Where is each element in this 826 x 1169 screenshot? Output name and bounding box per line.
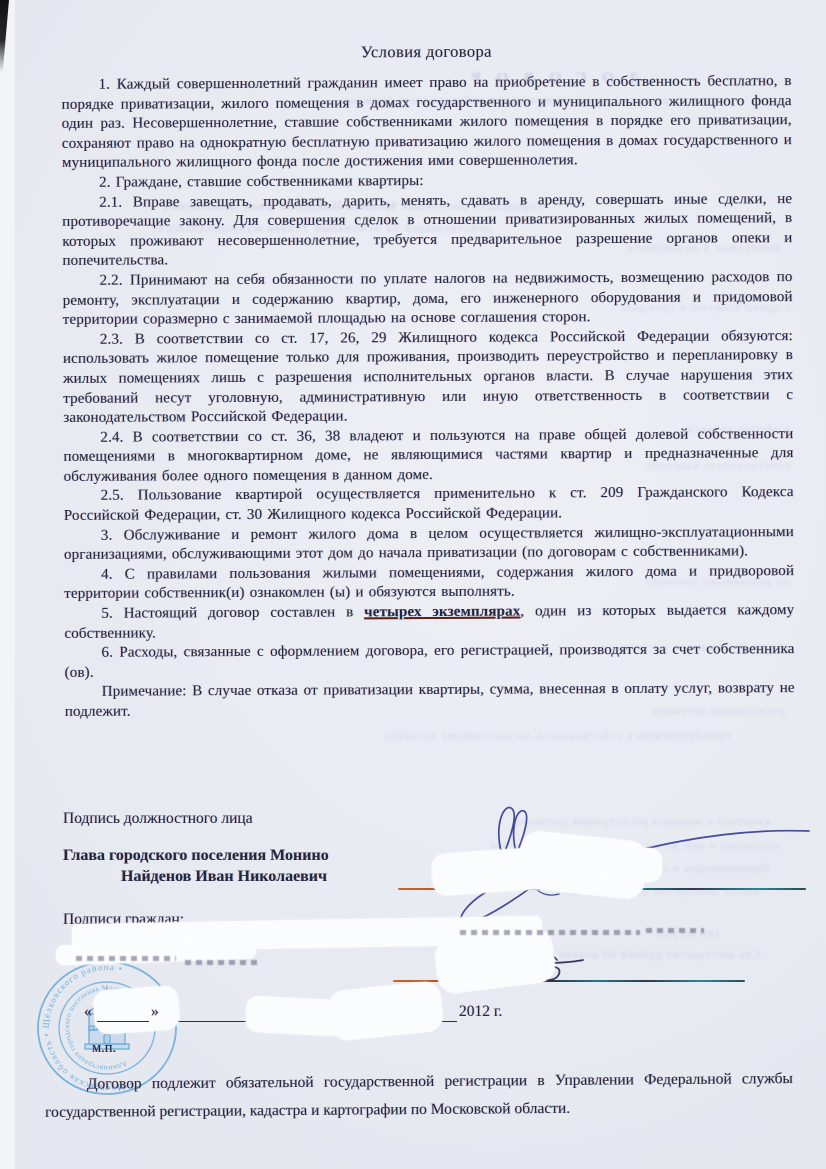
official-name-line: Найденов Иван Николаевич	[121, 868, 327, 886]
contract-paragraph: 2.2. Принимают на себя обязанности по уп…	[63, 268, 793, 331]
contract-paragraph: 6. Расходы, связанные с оформлением дого…	[64, 640, 794, 683]
covered-text-remnant	[460, 930, 640, 935]
covered-text-remnant	[185, 960, 260, 965]
seal-place-label: м.п.	[92, 1040, 116, 1057]
correction-fluid-patch	[245, 996, 343, 1037]
contract-body: Условия договора 1. Каждый совершеннолет…	[61, 0, 795, 722]
paragraphs: 1. Каждый совершеннолетний гражданин име…	[62, 72, 795, 722]
covered-text-remnant	[76, 956, 176, 961]
contract-paragraph: 2.4. В соответствии со ст. 36, 38 владею…	[63, 425, 793, 488]
contract-paragraph: 3. Обслуживание и ремонт жилого дома в ц…	[64, 523, 794, 566]
correction-fluid-patch	[600, 848, 662, 882]
official-signature-label: Подпись должностного лица	[63, 810, 253, 828]
correction-fluid-patch	[93, 985, 181, 1035]
date-open-quote: «	[84, 1003, 92, 1021]
contract-paragraph: Примечание: В случае отказа от приватиза…	[65, 679, 795, 722]
scanner-edge	[0, 0, 15, 1169]
date-close-quote: »	[151, 1003, 159, 1021]
contract-paragraph: 2.3. В соответствии со ст. 17, 26, 29 Жи…	[63, 327, 794, 429]
contract-paragraph: 2.1. Вправе завещать, продавать, дарить,…	[62, 190, 792, 272]
registration-footer: Договор подлежит обязательной государств…	[45, 1065, 793, 1127]
contract-paragraph: 4. С правилами пользования жилыми помеще…	[64, 562, 794, 605]
date-day-blank	[97, 1021, 149, 1022]
date-year: 2012 г.	[459, 1003, 502, 1021]
correction-fluid-patch	[328, 980, 445, 1041]
contract-paragraph: 2.5. Пользование квартирой осуществляетс…	[64, 484, 794, 527]
bleedthrough-text: приобретаемую в собственность по настоящ…	[300, 728, 730, 743]
contract-paragraph: 5. Настоящий договор составлен в четырех…	[64, 601, 794, 644]
scanned-contract-page: Д О Г О В О Рпередачи жилого помещения в…	[0, 0, 826, 1169]
official-title-line: Глава городского поселения Монино	[63, 847, 329, 865]
covered-text-remnant	[646, 928, 704, 933]
page-title: Условия договора	[61, 40, 791, 64]
contract-paragraph: 1. Каждый совершеннолетний гражданин име…	[62, 72, 793, 174]
